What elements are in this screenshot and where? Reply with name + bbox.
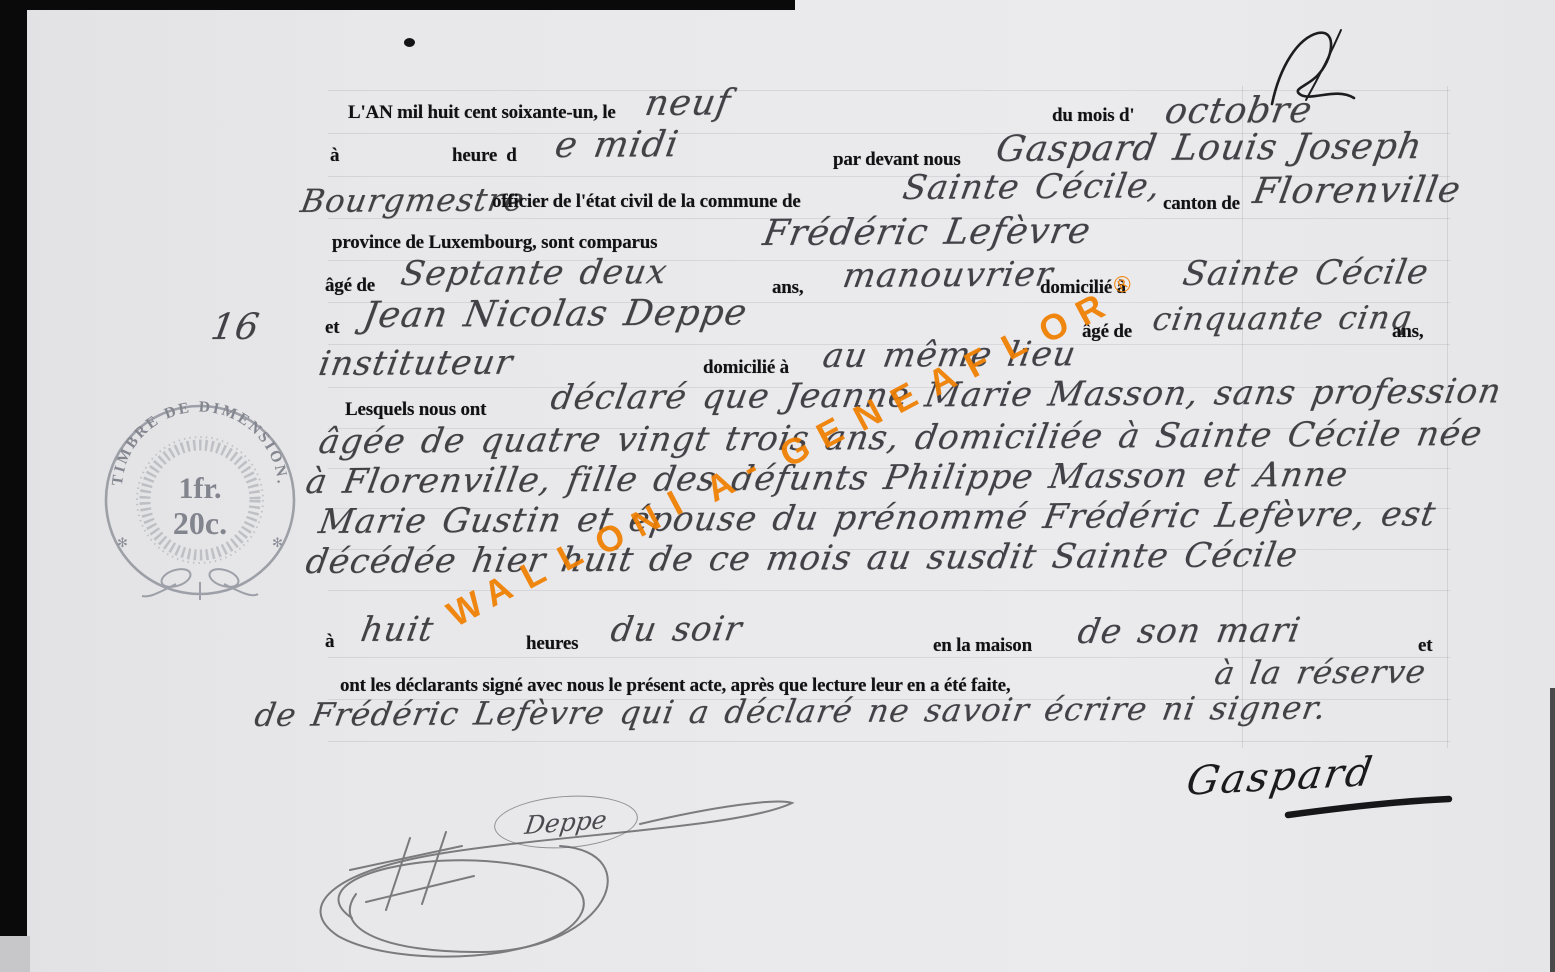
- printed-form-text: du mois d': [1052, 106, 1134, 127]
- printed-form-text: officier de l'état civil de la commune d…: [492, 192, 801, 213]
- handwritten-text: instituteur: [316, 345, 516, 384]
- printed-form-text: ans,: [772, 278, 803, 299]
- declarant-signature: Deppe: [523, 804, 609, 839]
- handwritten-text: décédée hier huit de ce mois au susdit S…: [303, 537, 1301, 581]
- stamp-value-top: 1fr.: [178, 472, 221, 505]
- ink-dot: [404, 38, 415, 47]
- handwritten-text: Sainte Cécile,: [900, 168, 1163, 207]
- act-number: 16: [208, 308, 263, 348]
- officer-signature-underline: [1288, 799, 1449, 815]
- printed-form-text: L'AN mil huit cent soixante-un, le: [348, 103, 616, 124]
- scan-edge-right: [1550, 688, 1555, 972]
- handwritten-text: Frédéric Lefèvre: [760, 212, 1094, 254]
- handwritten-text: à la réserve: [1212, 655, 1429, 692]
- printed-form-text: à: [330, 146, 339, 167]
- wreath-ring: [145, 445, 255, 555]
- printed-form-text: et: [325, 318, 339, 339]
- scan-edge-top: [0, 0, 795, 10]
- stamp-ornament-left: ✻: [117, 535, 128, 550]
- printed-form-text: en la maison: [933, 636, 1032, 657]
- wreath-bow: [159, 566, 192, 590]
- printed-form-text: heures: [526, 634, 578, 655]
- handwritten-text: e midi: [552, 125, 682, 165]
- handwritten-text: neuf: [642, 83, 734, 123]
- declarant-signature-oval: Deppe: [492, 791, 639, 853]
- handwritten-text: huit: [358, 611, 437, 649]
- handwritten-text: de son mari: [1075, 612, 1304, 651]
- handwritten-text: Jean Nicolas Deppe: [360, 293, 750, 335]
- printed-form-text: province de Luxembourg, sont comparus: [332, 233, 657, 254]
- printed-form-text: ans,: [1392, 322, 1423, 343]
- handwritten-text: du soir: [608, 611, 745, 649]
- stamp-value-bottom: 20c.: [173, 505, 227, 541]
- handwritten-text: déclaré que Jeanne Marie Masson, sans pr…: [548, 373, 1504, 417]
- stamp-ornament-right: ✻: [272, 535, 283, 550]
- handwritten-text: manouvrier: [840, 257, 1056, 296]
- handwritten-text: Septante deux: [398, 254, 670, 293]
- handwritten-text: Sainte Cécile: [1180, 254, 1432, 293]
- officer-signature: Gaspard: [1183, 749, 1377, 805]
- scan-edge-notch: [0, 936, 30, 972]
- handwritten-text: Florenville: [1250, 171, 1464, 212]
- handwritten-text: octobre: [1162, 91, 1315, 132]
- handwritten-text: à Florenville, fille des défunts Philipp…: [303, 457, 1351, 502]
- handwritten-text: Gaspard Louis Joseph: [993, 127, 1425, 170]
- handwritten-text: de Frédéric Lefèvre qui a déclaré ne sav…: [252, 691, 1329, 734]
- printed-form-text: heure d: [452, 146, 517, 167]
- handwritten-text: cinquante cinq: [1150, 300, 1415, 337]
- scanned-civil-record: TIMBRE DE DIMENSION. 1fr. 20c. ✻ ✻ L'AN …: [0, 0, 1555, 972]
- stamp-arc-text: TIMBRE DE DIMENSION.: [109, 398, 291, 486]
- printed-form-text: canton de: [1163, 194, 1240, 215]
- printed-form-text: Lesquels nous ont: [345, 400, 486, 421]
- printed-form-text: âgé de: [325, 276, 375, 297]
- ruled-line: [328, 741, 1450, 742]
- scan-edge-left: [0, 0, 27, 972]
- printed-form-text: à: [325, 632, 334, 653]
